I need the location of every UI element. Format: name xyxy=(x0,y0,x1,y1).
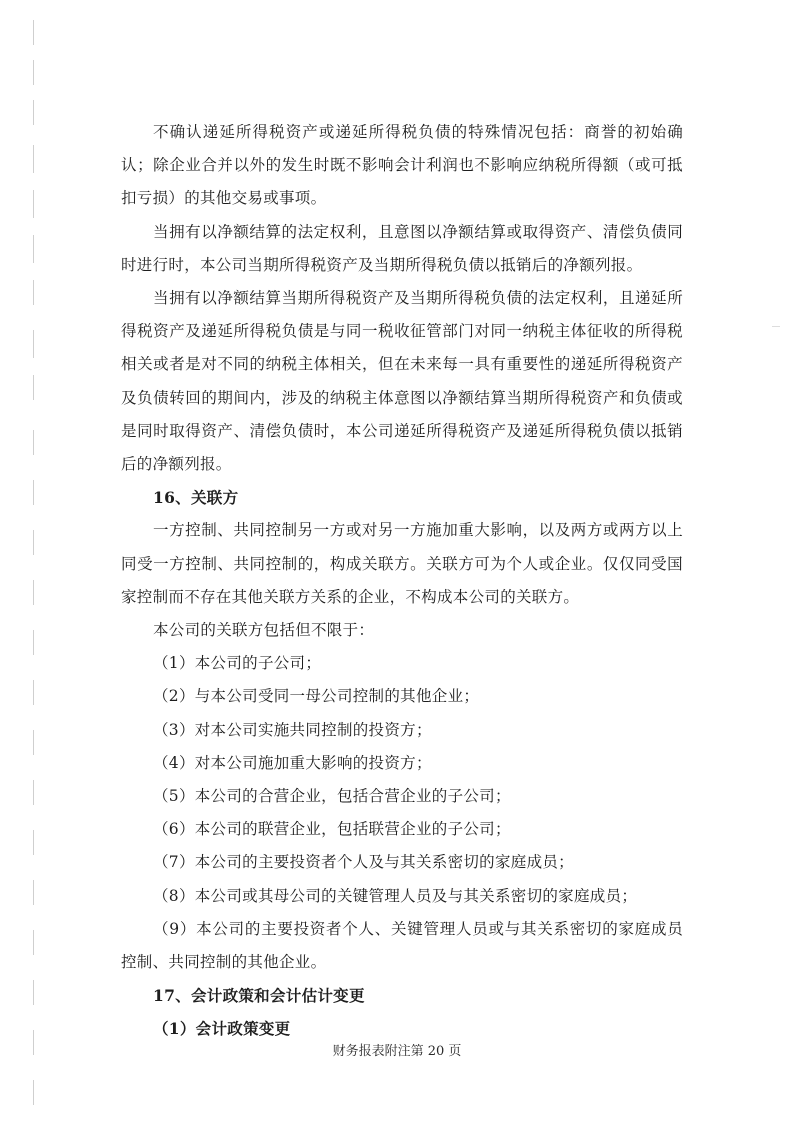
document-body: 不确认递延所得税资产或递延所得税负债的特殊情况包括：商誉的初始确认；除企业合并以… xyxy=(121,116,683,1046)
paragraph-deferred-tax-offset: 当拥有以净额结算当期所得税资产及当期所得税负债的法定权利，且递延所得税资产及递延… xyxy=(121,282,683,481)
section-heading-related-parties: 16、关联方 xyxy=(121,481,683,514)
list-item-3: （3）对本公司实施共同控制的投资方； xyxy=(121,714,683,747)
list-item-4: （4）对本公司施加重大影响的投资方； xyxy=(121,747,683,780)
list-item-1: （1）本公司的子公司； xyxy=(121,647,683,680)
binding-hole-marks xyxy=(33,10,35,1110)
page-footer: 财务报表附注第 20 页 xyxy=(0,1040,794,1059)
paragraph-related-party-definition: 一方控制、共同控制另一方或对另一方施加重大影响，以及两方或两方以上同受一方控制、… xyxy=(121,514,683,614)
list-item-6: （6）本公司的联营企业，包括联营企业的子公司； xyxy=(121,813,683,846)
list-item-2: （2）与本公司受同一母公司控制的其他企业； xyxy=(121,680,683,713)
paragraph-deferred-tax-exceptions: 不确认递延所得税资产或递延所得税负债的特殊情况包括：商誉的初始确认；除企业合并以… xyxy=(121,116,683,216)
list-item-9: （9）本公司的主要投资者个人、关键管理人员或与其关系密切的家庭成员控制、共同控制… xyxy=(121,913,683,979)
section-heading-policy-changes: 17、会计政策和会计估计变更 xyxy=(121,979,683,1012)
paragraph-related-party-intro: 本公司的关联方包括但不限于： xyxy=(121,614,683,647)
paragraph-current-tax-offset: 当拥有以净额结算的法定权利，且意图以净额结算或取得资产、清偿负债同时进行时，本公… xyxy=(121,216,683,282)
scan-artifact xyxy=(772,326,780,327)
list-item-8: （8）本公司或其母公司的关键管理人员及与其关系密切的家庭成员； xyxy=(121,880,683,913)
list-item-5: （5）本公司的合营企业，包括合营企业的子公司； xyxy=(121,780,683,813)
list-item-7: （7）本公司的主要投资者个人及与其关系密切的家庭成员； xyxy=(121,846,683,879)
